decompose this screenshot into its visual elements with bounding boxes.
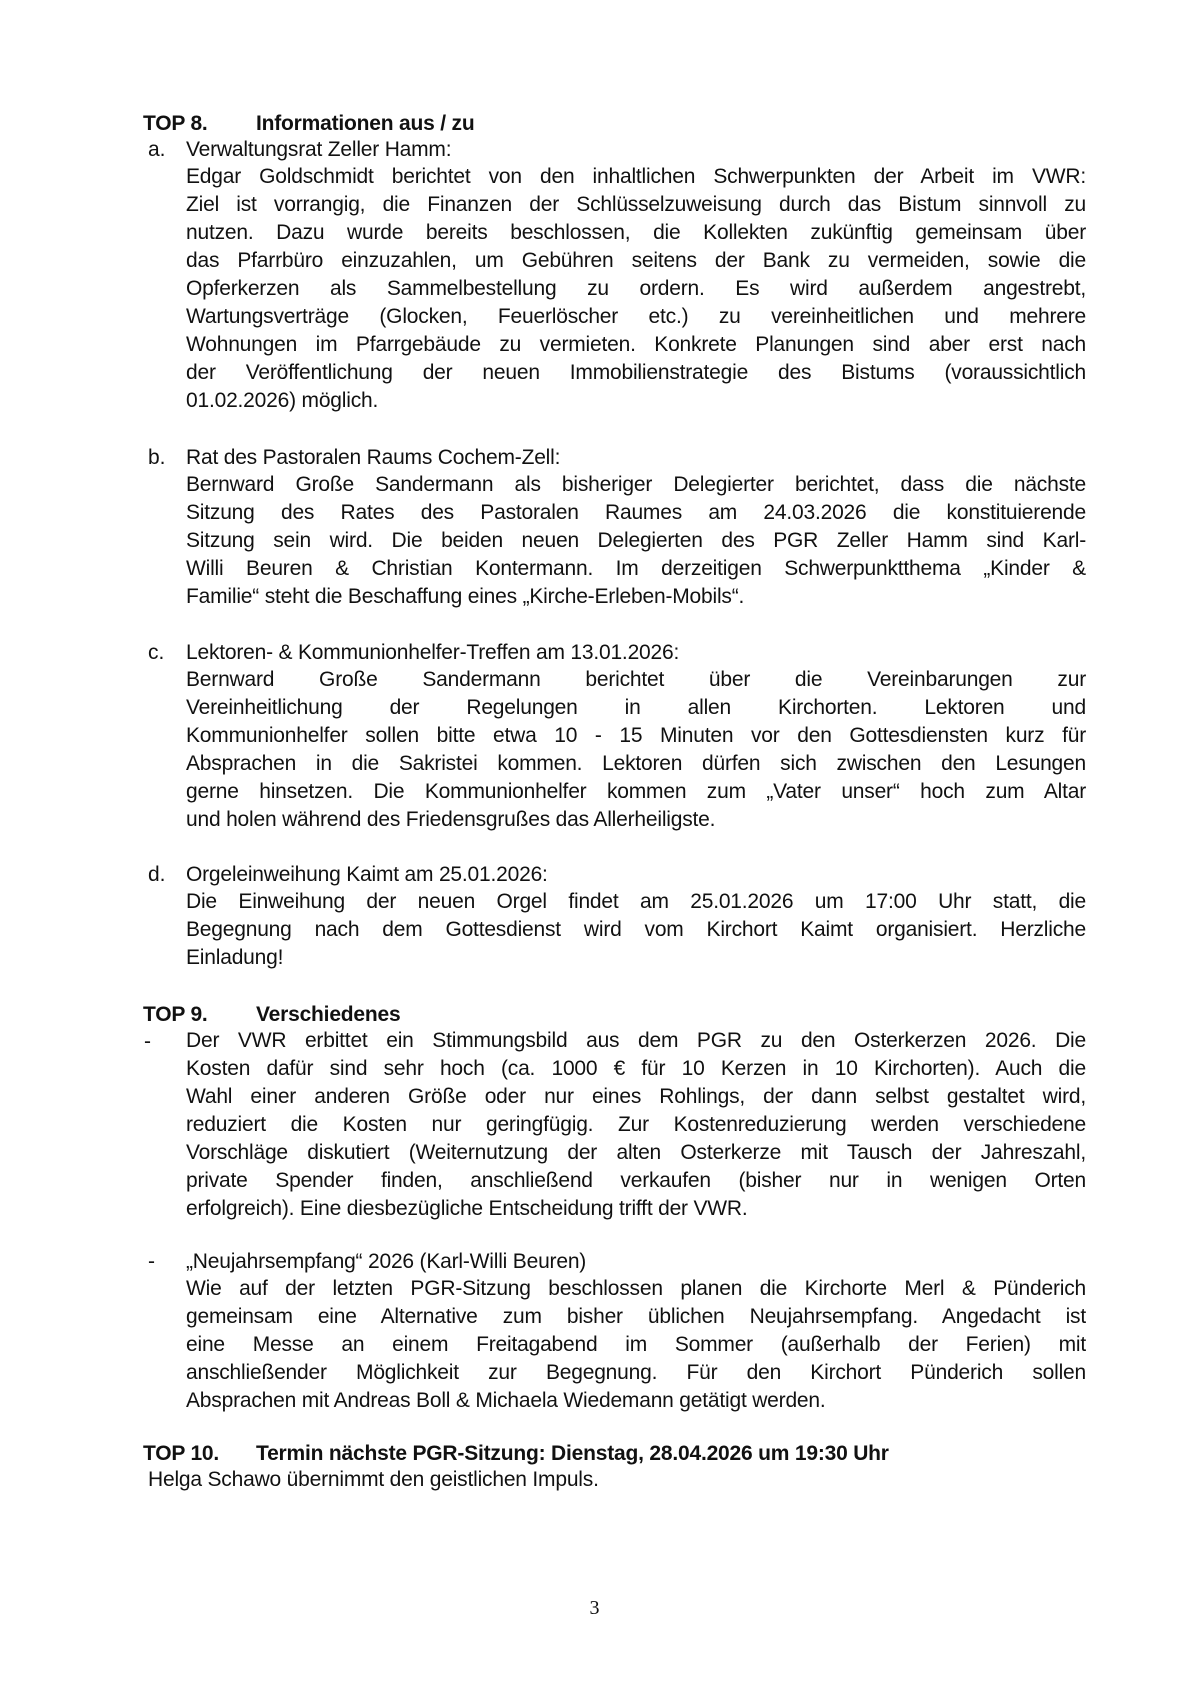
text-line: Kommunionhelfer sollen bitte etwa 10 - 1… (186, 722, 1086, 750)
page-number: 3 (0, 1597, 1189, 1620)
text-line: gemeinsam eine Alternative zum bisher üb… (186, 1303, 1086, 1331)
text-line: reduziert die Kosten nur geringfügig. Zu… (186, 1111, 1086, 1139)
bullet-dash: - (144, 1030, 151, 1054)
text-line: Begegnung nach dem Gottesdienst wird vom… (186, 916, 1086, 944)
top10-number: TOP 10. (143, 1442, 256, 1466)
paragraph-neujahrsempfang: Wie auf der letzten PGR-Sitzung beschlos… (186, 1275, 1086, 1415)
text-line: Einladung! (186, 944, 1086, 972)
paragraph-verwaltungsrat: Edgar Goldschmidt berichtet von den inha… (186, 163, 1086, 415)
text-line: Bernward Große Sandermann als bisheriger… (186, 471, 1086, 499)
text-line: Kosten dafür sind sehr hoch (ca. 1000 € … (186, 1055, 1086, 1083)
top8-number: TOP 8. (143, 112, 256, 136)
item-title-verwaltungsrat: Verwaltungsrat Zeller Hamm: (186, 138, 451, 162)
item-marker-d: d. (148, 863, 166, 887)
top10-title: Termin nächste PGR-Sitzung: Dienstag, 28… (256, 1442, 889, 1465)
text-line: das Pfarrbüro einzuzahlen, um Gebühren s… (186, 247, 1086, 275)
item-title-pastoraler-raum: Rat des Pastoralen Raums Cochem-Zell: (186, 446, 560, 470)
paragraph-orgeleinweihung: Die Einweihung der neuen Orgel findet am… (186, 888, 1086, 972)
item-title-neujahrsempfang: „Neujahrsempfang“ 2026 (Karl-Willi Beure… (186, 1250, 586, 1274)
top9-number: TOP 9. (143, 1003, 256, 1027)
item-marker-c: c. (148, 641, 164, 665)
paragraph-osterkerzen: Der VWR erbittet ein Stimmungsbild aus d… (186, 1027, 1086, 1223)
text-line: Edgar Goldschmidt berichtet von den inha… (186, 163, 1086, 191)
text-line: eine Messe an einem Freitagabend im Somm… (186, 1331, 1086, 1359)
text-line: Die Einweihung der neuen Orgel findet am… (186, 888, 1086, 916)
text-line: Der VWR erbittet ein Stimmungsbild aus d… (186, 1027, 1086, 1055)
text-line: Sitzung sein wird. Die beiden neuen Dele… (186, 527, 1086, 555)
top9-heading: TOP 9.Verschiedenes (143, 1003, 401, 1027)
text-line: Opferkerzen als Sammelbestellung zu orde… (186, 275, 1086, 303)
text-line: anschließender Möglichkeit zur Begegnung… (186, 1359, 1086, 1387)
text-line: Bernward Große Sandermann berichtet über… (186, 666, 1086, 694)
text-line: Wartungsverträge (Glocken, Feuerlöscher … (186, 303, 1086, 331)
text-line: Wahl einer anderen Größe oder nur eines … (186, 1083, 1086, 1111)
text-line: 01.02.2026) möglich. (186, 387, 1086, 415)
text-line: und holen während des Friedensgrußes das… (186, 806, 1086, 834)
text-line: Absprachen mit Andreas Boll & Michaela W… (186, 1387, 1086, 1415)
text-line: Ziel ist vorrangig, die Finanzen der Sch… (186, 191, 1086, 219)
text-line: Wohnungen im Pfarrgebäude zu vermieten. … (186, 331, 1086, 359)
text-line: Familie“ steht die Beschaffung eines „Ki… (186, 583, 1086, 611)
top10-heading: TOP 10.Termin nächste PGR-Sitzung: Diens… (143, 1442, 889, 1466)
text-line: nutzen. Dazu wurde bereits beschlossen, … (186, 219, 1086, 247)
text-line: Willi Beuren & Christian Kontermann. Im … (186, 555, 1086, 583)
document-page: TOP 8.Informationen aus / zu a. Verwaltu… (0, 0, 1189, 1683)
top10-note: Helga Schawo übernimmt den geistlichen I… (148, 1468, 599, 1492)
text-line: Wie auf der letzten PGR-Sitzung beschlos… (186, 1275, 1086, 1303)
text-line: gerne hinsetzen. Die Kommunionhelfer kom… (186, 778, 1086, 806)
top8-title: Informationen aus / zu (256, 112, 474, 135)
text-line: Sitzung des Rates des Pastoralen Raumes … (186, 499, 1086, 527)
item-marker-b: b. (148, 446, 166, 470)
bullet-dash: - (148, 1250, 155, 1274)
text-line: private Spender finden, anschließend ver… (186, 1167, 1086, 1195)
top9-title: Verschiedenes (256, 1003, 401, 1026)
text-line: Absprachen in die Sakristei kommen. Lekt… (186, 750, 1086, 778)
item-title-lektoren-treffen: Lektoren- & Kommunionhelfer-Treffen am 1… (186, 641, 679, 665)
item-marker-a: a. (148, 138, 166, 162)
paragraph-pastoraler-raum: Bernward Große Sandermann als bisheriger… (186, 471, 1086, 611)
top8-heading: TOP 8.Informationen aus / zu (143, 112, 474, 136)
paragraph-lektoren-treffen: Bernward Große Sandermann berichtet über… (186, 666, 1086, 834)
item-title-orgeleinweihung: Orgeleinweihung Kaimt am 25.01.2026: (186, 863, 548, 887)
text-line: der Veröffentlichung der neuen Immobilie… (186, 359, 1086, 387)
text-line: Vorschläge diskutiert (Weiternutzung der… (186, 1139, 1086, 1167)
text-line: Vereinheitlichung der Regelungen in alle… (186, 694, 1086, 722)
text-line: erfolgreich). Eine diesbezügliche Entsch… (186, 1195, 1086, 1223)
